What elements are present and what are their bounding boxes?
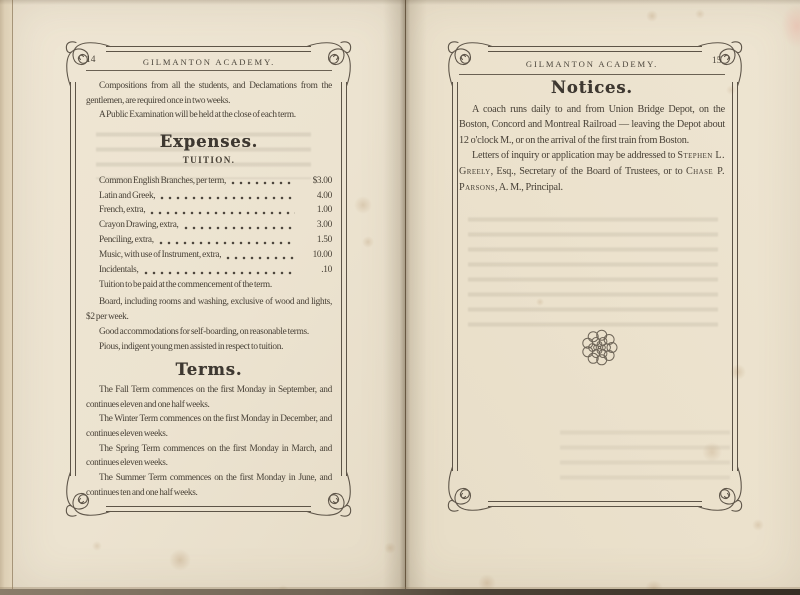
photo-top-shadow bbox=[0, 0, 800, 5]
board-note: Pious, indigent young men assisted in re… bbox=[86, 340, 332, 355]
letters-suffix: , A. M., Principal. bbox=[495, 182, 563, 193]
corner-flourish-icon bbox=[446, 467, 492, 513]
tuition-price: 4.00 bbox=[298, 189, 332, 204]
tuition-row: French, extra,1.00 bbox=[86, 203, 332, 218]
tuition-row: Music, with use of Instrument, extra,10.… bbox=[86, 248, 332, 263]
frame-line bbox=[452, 82, 458, 471]
tuition-row: Crayon Drawing, extra,3.00 bbox=[86, 218, 332, 233]
frame-line bbox=[106, 506, 311, 512]
book-photo: 14 GILMANTON ACADEMY. Compositions from … bbox=[0, 0, 800, 595]
tuition-item: Music, with use of Instrument, extra, bbox=[99, 248, 221, 263]
tuition-item: French, extra, bbox=[99, 203, 145, 218]
tuition-row: Penciling, extra,1.50 bbox=[86, 233, 332, 248]
tuition-price: 10.00 bbox=[298, 248, 332, 263]
header-rule bbox=[86, 70, 332, 71]
page-number: 15 bbox=[712, 56, 722, 66]
dot-leader bbox=[224, 256, 295, 260]
dot-leader bbox=[158, 196, 295, 200]
tuition-row: Incidentals,.10 bbox=[86, 263, 332, 278]
letters-paragraph: Letters of inquiry or application may be… bbox=[459, 148, 725, 195]
frame-line bbox=[106, 46, 311, 52]
board-note: Good accommodations for self-boarding, o… bbox=[86, 325, 332, 340]
section-heading-notices: Notices. bbox=[459, 80, 725, 96]
tuition-note: Tuition to be paid at the commencement o… bbox=[86, 278, 332, 293]
running-header: GILMANTON ACADEMY. bbox=[459, 59, 725, 69]
tuition-price: 3.00 bbox=[298, 218, 332, 233]
subheading-tuition: TUITION. bbox=[86, 153, 332, 168]
left-page-body: Compositions from all the students, and … bbox=[86, 79, 332, 501]
page-stack-edge bbox=[0, 0, 13, 595]
gutter-line bbox=[405, 0, 406, 589]
dot-leader bbox=[229, 181, 295, 185]
frame-line bbox=[488, 46, 702, 52]
tuition-price: .10 bbox=[298, 263, 332, 278]
tuition-row: Common English Branches, per term,$3.00 bbox=[86, 174, 332, 189]
section-heading-terms: Terms. bbox=[86, 363, 332, 378]
term-paragraph: The Summer Term commences on the first M… bbox=[86, 471, 332, 500]
right-page-body: Notices. A coach runs daily to and from … bbox=[459, 80, 725, 195]
term-paragraph: The Winter Term commences on the first M… bbox=[86, 412, 332, 441]
tuition-item: Common English Branches, per term, bbox=[99, 174, 226, 189]
dot-leader bbox=[148, 211, 295, 215]
rosette-ornament-icon bbox=[581, 329, 618, 366]
board-note: Board, including rooms and washing, excl… bbox=[86, 295, 332, 324]
corner-flourish-icon bbox=[698, 467, 744, 513]
tuition-item: Latin and Greek, bbox=[99, 189, 155, 204]
tuition-item: Incidentals, bbox=[99, 263, 139, 278]
coach-paragraph: A coach runs daily to and from Union Bri… bbox=[459, 102, 725, 149]
section-heading-expenses: Expenses. bbox=[86, 135, 332, 150]
tuition-price: 1.50 bbox=[298, 233, 332, 248]
photo-bottom-edge bbox=[0, 589, 800, 595]
dot-leader bbox=[142, 271, 295, 275]
frame-line bbox=[732, 82, 738, 471]
paragraph: Compositions from all the students, and … bbox=[86, 79, 332, 108]
header-rule bbox=[459, 74, 725, 75]
tuition-price: 1.00 bbox=[298, 203, 332, 218]
letters-prefix: Letters of inquiry or application may be… bbox=[472, 150, 677, 161]
paragraph: A Public Examination will be held at the… bbox=[86, 108, 332, 123]
frame-line bbox=[488, 501, 702, 507]
tuition-item: Crayon Drawing, extra, bbox=[99, 218, 179, 233]
book-gutter bbox=[383, 0, 427, 589]
dot-leader bbox=[157, 241, 295, 245]
frame-line bbox=[70, 82, 76, 476]
dot-leader bbox=[182, 226, 295, 230]
term-paragraph: The Spring Term commences on the first M… bbox=[86, 442, 332, 471]
tuition-price: $3.00 bbox=[298, 174, 332, 189]
running-header: GILMANTON ACADEMY. bbox=[86, 57, 332, 67]
frame-line bbox=[341, 82, 347, 476]
tuition-row: Latin and Greek,4.00 bbox=[86, 188, 332, 203]
tuition-item: Penciling, extra, bbox=[99, 233, 154, 248]
term-paragraph: The Fall Term commences on the first Mon… bbox=[86, 383, 332, 412]
letters-middle: , Esq., Secretary of the Board of Truste… bbox=[491, 166, 686, 177]
